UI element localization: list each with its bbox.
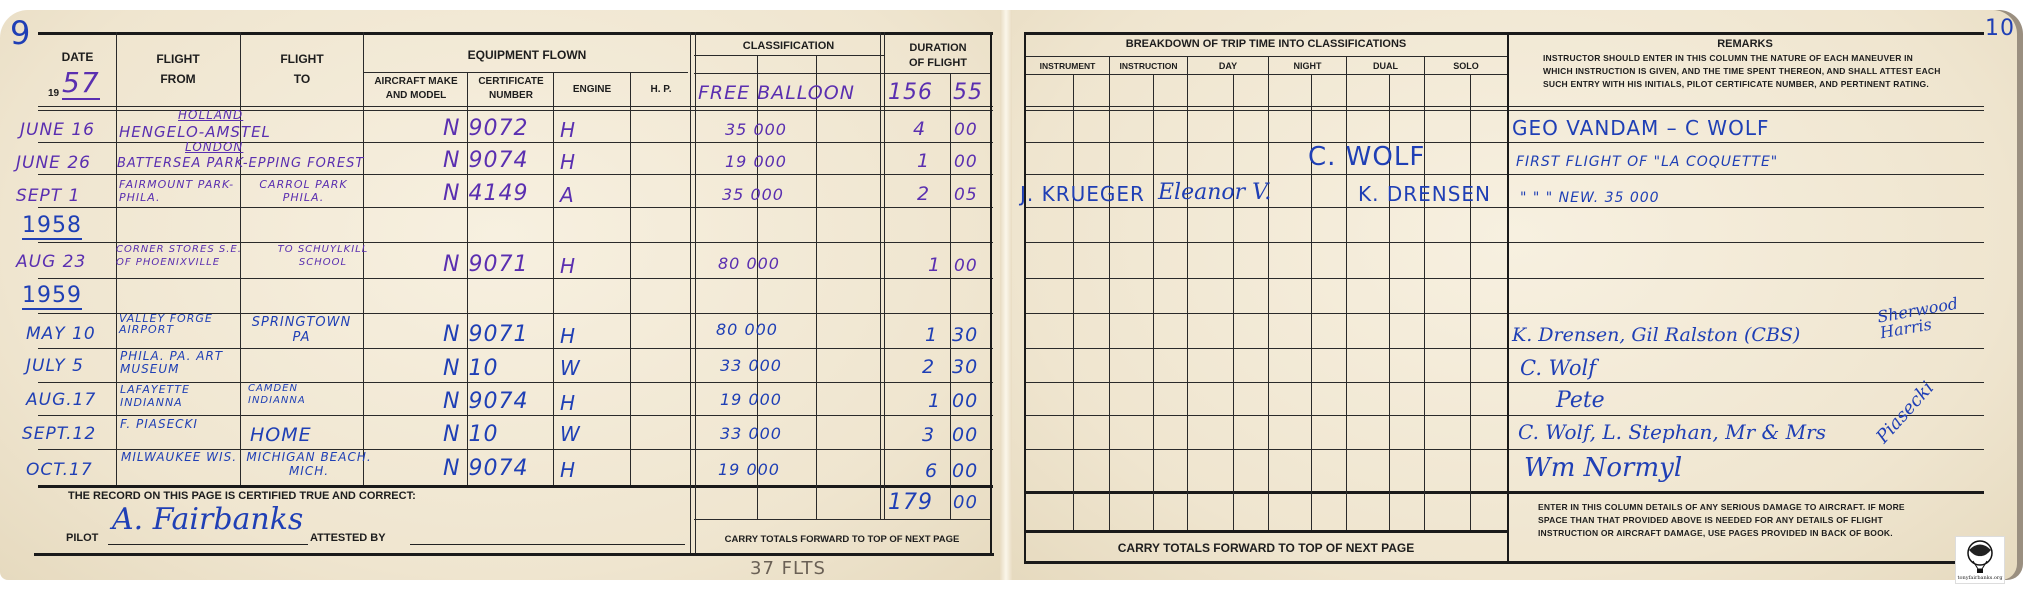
entry-from-note: HOLLAND <box>178 108 243 122</box>
remark-line: C. Wolf <box>1520 356 1596 380</box>
row-rule <box>38 415 993 416</box>
crew-c-wolf: C. WOLF <box>1308 142 1425 172</box>
crew-signature: Eleanor V. <box>1158 180 1271 205</box>
entry-minutes: 00 <box>954 152 978 172</box>
entry-from: HENGELO-AMSTEL <box>119 123 271 141</box>
entry-from: BATTERSEA PARK-EPPING FOREST <box>117 156 364 171</box>
col-rule <box>1109 56 1110 530</box>
remark-line: C. Wolf, L. Stephan, Mr & Mrs <box>1518 420 1826 444</box>
col-rule <box>1024 32 1026 561</box>
header-instruction: INSTRUCTION <box>1110 61 1187 71</box>
header-flight-from-2: FROM <box>120 72 236 86</box>
entry-engine: H <box>560 150 576 174</box>
col-rule <box>1187 56 1188 530</box>
entry-minutes: 00 <box>952 424 978 446</box>
entry-engine: A <box>560 183 575 207</box>
header-instrument: INSTRUMENT <box>1026 61 1109 71</box>
remark-line: K. Drensen, Gil Ralston (CBS) <box>1512 324 1800 346</box>
col-rule <box>880 32 881 519</box>
row-rule <box>38 142 993 143</box>
row-rule <box>1024 415 1984 416</box>
entry-date: SEPT 1 <box>16 186 80 206</box>
rule <box>363 72 688 73</box>
attested-by-line <box>410 544 685 545</box>
carry-totals-left: CARRY TOTALS FORWARD TO TOP OF NEXT PAGE <box>697 534 987 545</box>
rule <box>1024 32 1984 35</box>
rule <box>38 32 993 35</box>
remark-line: Pete <box>1556 388 1605 413</box>
col-rule <box>1470 74 1471 530</box>
row-rule <box>1024 242 1984 243</box>
header-date: DATE <box>50 50 105 64</box>
rule <box>694 55 884 56</box>
crew-k-drensen: K. DRENSEN <box>1358 182 1491 206</box>
header-flight-to-2: TO <box>244 72 360 86</box>
entry-from-note: LONDON <box>185 140 243 154</box>
forward-classification: FREE BALLOON <box>698 82 855 104</box>
header-remarks: REMARKS <box>1510 38 1980 50</box>
col-rule <box>950 73 951 519</box>
col-rule <box>990 32 992 553</box>
entry-minutes: 00 <box>954 256 978 276</box>
row-rule <box>38 174 993 175</box>
total-hours: 179 <box>888 490 933 515</box>
damage-note: ENTER IN THIS COLUMN DETAILS OF ANY SERI… <box>1538 501 1928 540</box>
entry-cert: N 9074 <box>443 456 528 481</box>
remark-line: GEO VANDAM – C WOLF <box>1512 116 1769 140</box>
entry-to: TO SCHUYLKILL SCHOOL <box>268 243 378 269</box>
watermark-text: tonyfairbanks.org <box>1957 575 2002 581</box>
entry-cert: N 9071 <box>443 252 528 277</box>
entry-engine: W <box>560 422 581 446</box>
entry-engine: H <box>560 118 576 142</box>
crew-j-krueger: J. KRUEGER <box>1020 182 1145 206</box>
entry-altitude: 33 000 <box>720 424 782 443</box>
entry-date: MAY 10 <box>26 324 96 344</box>
page-bottom-rule <box>34 553 994 556</box>
entry-altitude: 19 000 <box>725 152 787 171</box>
header-dual: DUAL <box>1347 61 1424 71</box>
pilot-label: PILOT <box>66 532 98 544</box>
col-rule <box>1346 56 1347 530</box>
header-year-prefix: 19 <box>48 88 59 99</box>
entry-hours: 1 <box>928 254 941 276</box>
entry-from: LAFAYETTE INDIANNA <box>120 383 240 409</box>
header-night: NIGHT <box>1269 61 1346 71</box>
entry-to: SPRINGTOWN PA <box>244 315 359 345</box>
entry-hours: 6 <box>925 460 938 482</box>
header-hp: H. P. <box>632 84 690 95</box>
certified-statement: THE RECORD ON THIS PAGE IS CERTIFIED TRU… <box>68 490 416 502</box>
col-rule <box>816 55 817 519</box>
header-certificate-2: NUMBER <box>469 90 553 101</box>
header-flight-from-1: FLIGHT <box>120 52 236 66</box>
entry-hours: 2 <box>917 183 930 205</box>
entry-engine: H <box>560 254 576 278</box>
header-duration-2: OF FLIGHT <box>886 57 990 69</box>
col-rule <box>1233 74 1234 530</box>
entry-cert: N 9074 <box>443 389 528 414</box>
rule <box>1024 106 1984 107</box>
rule <box>1024 110 1984 111</box>
entry-altitude: 33 000 <box>720 356 782 375</box>
col-rule <box>690 32 691 553</box>
entry-cert: N 10 <box>443 422 498 447</box>
header-aircraft-make-1: AIRCRAFT MAKE <box>366 76 466 87</box>
watermark-logo: tonyfairbanks.org <box>1955 536 2005 584</box>
col-rule <box>695 32 696 553</box>
entry-date: JUNE 16 <box>20 120 95 140</box>
page-number-left: 9 <box>10 14 31 52</box>
entry-date: SEPT.12 <box>22 424 96 444</box>
pilot-signature: A. Fairbanks <box>112 502 303 537</box>
entry-date: JUNE 26 <box>16 153 91 173</box>
row-rule <box>1024 313 1984 314</box>
row-rule <box>38 485 993 488</box>
entry-hours: 1 <box>917 150 930 172</box>
header-duration-1: DURATION <box>886 42 990 54</box>
entry-from: CORNER STORES S.E. OF PHOENIXVILLE <box>116 243 246 269</box>
col-rule <box>1268 56 1269 530</box>
forward-minutes: 55 <box>953 80 983 105</box>
row-rule <box>1024 278 1984 279</box>
col-rule <box>630 72 631 485</box>
row-rule <box>1024 207 1984 208</box>
row-rule <box>1024 174 1984 175</box>
entry-altitude: 80 000 <box>716 320 778 339</box>
entry-to: CAMDEN INDIANNA <box>248 383 358 407</box>
entry-minutes: 00 <box>954 120 978 140</box>
entry-minutes: 00 <box>952 390 978 412</box>
pencil-note-flights: 37 FLTS <box>750 558 826 579</box>
entry-altitude: 35 000 <box>725 120 787 139</box>
entry-cert: N 4149 <box>443 181 528 206</box>
header-aircraft-make-2: AND MODEL <box>366 90 466 101</box>
row-rule <box>1024 142 1984 143</box>
pilot-signature-line <box>108 544 308 545</box>
remark-line: FIRST FLIGHT OF "LA COQUETTE" <box>1516 154 1778 170</box>
entry-hours: 2 <box>922 356 935 378</box>
remark-line: Wm Normyl <box>1524 453 1682 483</box>
entry-date: JULY 5 <box>26 356 84 376</box>
header-breakdown: BREAKDOWN OF TRIP TIME INTO CLASSIFICATI… <box>1026 38 1506 50</box>
entry-engine: H <box>560 324 576 348</box>
rule <box>38 106 993 107</box>
carry-totals-right: CARRY TOTALS FORWARD TO TOP OF NEXT PAGE <box>1026 541 1506 555</box>
entry-from: PHILA. PA. ART MUSEUM <box>120 350 260 376</box>
year-marker: 1958 <box>22 214 82 240</box>
entry-from: FAIRMOUNT PARK-PHILA. <box>119 178 239 204</box>
row-rule <box>1024 348 1984 349</box>
entry-engine: H <box>560 458 576 482</box>
row-rule <box>694 519 990 520</box>
rule <box>1024 56 1507 57</box>
col-rule <box>1424 56 1425 530</box>
col-rule <box>1073 74 1074 530</box>
entry-date: OCT.17 <box>26 460 93 480</box>
entry-altitude: 35 000 <box>722 185 784 204</box>
entry-altitude: 19 000 <box>720 390 782 409</box>
entry-engine: H <box>560 391 576 415</box>
header-engine: ENGINE <box>555 84 629 95</box>
total-minutes: 00 <box>953 492 978 513</box>
entry-date: AUG 23 <box>16 252 86 272</box>
col-rule <box>553 72 554 485</box>
header-solo: SOLO <box>1425 61 1507 71</box>
rule <box>1024 74 1507 75</box>
entry-from: MILWAUKEE WIS. <box>119 450 239 464</box>
page-bottom-rule <box>1024 561 1984 564</box>
row-rule <box>1024 449 1984 450</box>
entry-minutes: 05 <box>954 185 978 205</box>
entry-minutes: 30 <box>952 324 978 346</box>
header-classification: CLASSIFICATION <box>697 40 880 52</box>
entry-hours: 4 <box>913 118 926 140</box>
entry-from: F. PIASECKI <box>120 417 198 431</box>
entry-cert: N 9072 <box>443 116 528 141</box>
header-certificate-1: CERTIFICATE <box>469 76 553 87</box>
header-year-value: 57 <box>62 68 100 100</box>
row-rule <box>38 207 993 208</box>
entry-minutes: 00 <box>952 460 978 482</box>
entry-date: AUG.17 <box>26 390 96 410</box>
header-flight-to-1: FLIGHT <box>244 52 360 66</box>
entry-minutes: 30 <box>952 356 978 378</box>
header-equipment-flown: EQUIPMENT FLOWN <box>366 48 688 62</box>
log-page-right <box>1012 10 2017 580</box>
entry-to: HOME <box>250 424 312 446</box>
col-rule <box>1153 74 1154 530</box>
entry-to: CARROL PARK PHILA. <box>246 178 361 204</box>
page-number-right: 10 <box>1985 16 2015 41</box>
entry-cert: N 10 <box>443 356 498 381</box>
row-rule <box>1024 530 1507 533</box>
rule <box>694 73 990 74</box>
header-day: DAY <box>1188 61 1268 71</box>
attested-by-label: ATTESTED BY <box>310 532 386 544</box>
book-gutter <box>1000 10 1012 580</box>
forward-hours: 156 <box>888 80 933 105</box>
remark-line: " " " NEW. 35 000 <box>1520 190 1660 206</box>
entry-from: VALLEY FORGE AIRPORT <box>119 313 224 335</box>
entry-cert: N 9071 <box>443 322 528 347</box>
entry-altitude: 19 000 <box>718 460 780 479</box>
entry-cert: N 9074 <box>443 148 528 173</box>
entry-hours: 1 <box>925 324 938 346</box>
entry-hours: 3 <box>922 424 935 446</box>
remarks-instructions: INSTRUCTOR SHOULD ENTER IN THIS COLUMN T… <box>1543 52 1943 91</box>
col-rule <box>884 32 885 519</box>
entry-to: MICHIGAN BEACH. MICH. <box>244 450 374 478</box>
row-rule <box>1024 491 1984 494</box>
row-rule <box>38 278 993 279</box>
entry-altitude: 80 000 <box>718 254 780 273</box>
balloon-icon <box>1965 539 1995 575</box>
entry-engine: W <box>560 356 581 380</box>
entry-hours: 1 <box>928 390 941 412</box>
row-rule <box>1024 382 1984 383</box>
col-rule <box>1507 32 1509 561</box>
year-marker: 1959 <box>22 284 82 310</box>
